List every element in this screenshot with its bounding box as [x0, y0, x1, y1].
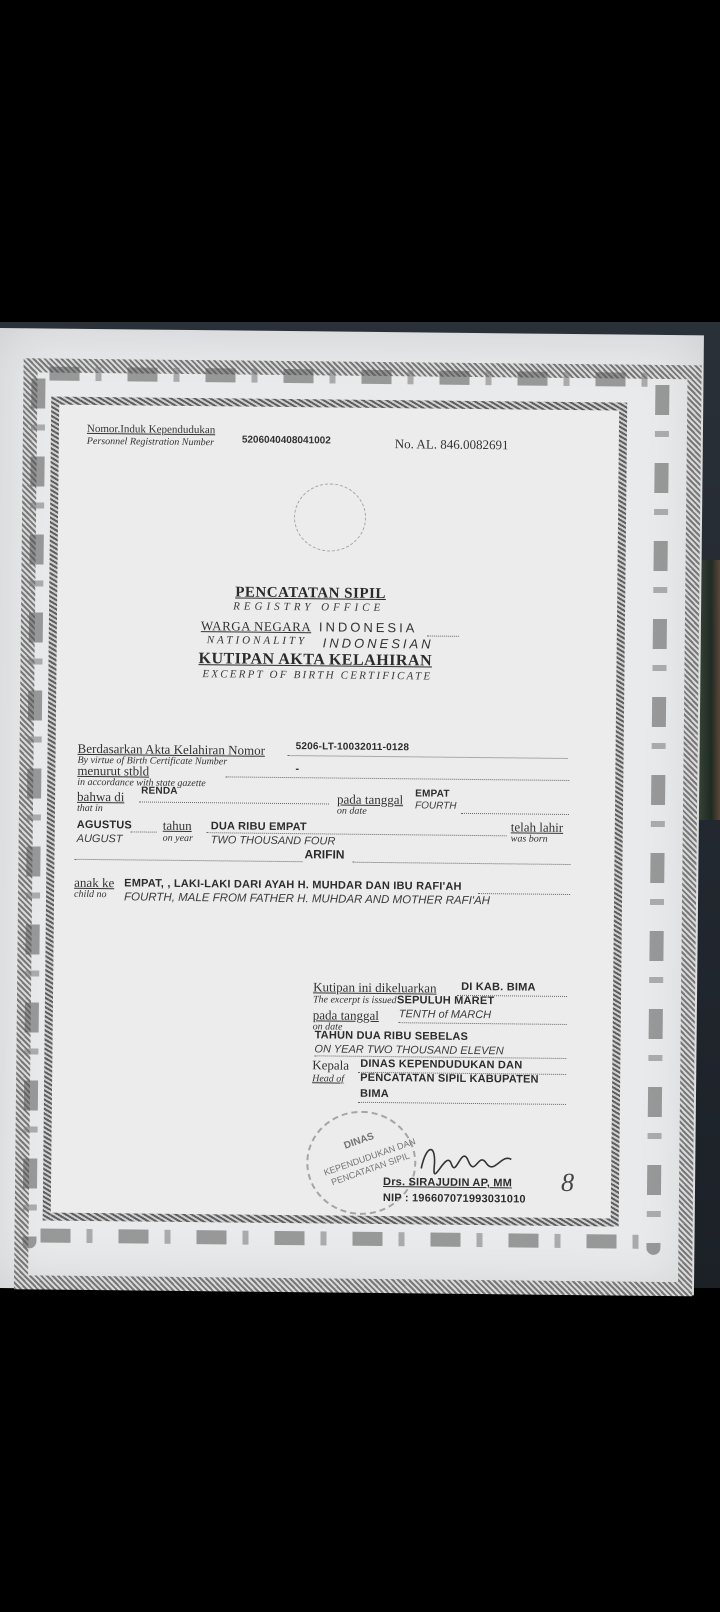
child-no-value-en: FOURTH, MALE FROM FATHER H. MUHDAR AND M…	[124, 891, 490, 907]
issued-place: DI KAB. BIMA	[461, 981, 536, 994]
issued-date-en: TENTH of MARCH	[399, 1008, 491, 1021]
official-nip: NIP : 196607071993031010	[383, 1192, 526, 1205]
month-value: AGUSTUS	[77, 819, 132, 832]
background-object	[698, 560, 720, 820]
stbld-value: -	[295, 763, 299, 775]
document-title-en: EXCERPT OF BIRTH CERTIFICATE	[202, 668, 432, 682]
date-value-en: FOURTH	[415, 800, 457, 811]
head-label-en: Head of	[312, 1073, 344, 1084]
date-label-en: on date	[337, 806, 367, 817]
date-value: EMPAT	[415, 788, 450, 799]
garuda-emblem	[294, 483, 367, 552]
nationality-label: WARGA NEGARA	[201, 618, 312, 635]
nik-label-en: Personnel Registration Number	[87, 436, 214, 448]
signature	[416, 1138, 516, 1181]
child-no-value: EMPAT, , LAKI-LAKI DARI AYAH H. MUHDAR D…	[124, 877, 462, 893]
issued-date: SEPULUH MARET	[397, 994, 494, 1007]
child-name: ARIFIN	[304, 847, 344, 861]
cert-number-value: 5206-LT-10032011-0128	[296, 741, 410, 753]
serial-number: No. AL. 846.0082691	[395, 436, 509, 453]
office-title-en: REGISTRY OFFICE	[233, 600, 384, 614]
year-label: tahun	[163, 818, 192, 834]
certificate-inner-panel: Nomor.Induk Kependudukan Personnel Regis…	[43, 397, 628, 1227]
born-label-en: was born	[511, 833, 548, 844]
head-value-3: BIMA	[360, 1088, 389, 1100]
place-value: RENDA	[141, 786, 178, 797]
year-value-en: TWO THOUSAND FOUR	[211, 834, 336, 847]
margin-mark: 8	[561, 1168, 574, 1198]
head-label: Kepala	[312, 1057, 349, 1073]
nik-label: Nomor.Induk Kependudukan	[87, 423, 215, 436]
head-value-1: DINAS KEPENDUDUKAN DAN	[360, 1058, 522, 1072]
head-value-2: PENCATATAN SIPIL KABUPATEN	[360, 1072, 539, 1086]
place-label-en: that in	[77, 803, 103, 814]
year-value: DUA RIBU EMPAT	[211, 820, 307, 833]
nik-value: 5206040408041002	[242, 435, 331, 447]
child-no-label-en: child no	[74, 889, 107, 900]
nationality-value-en: INDONESIAN	[323, 635, 434, 651]
issued-label-en: The excerpt is issued	[313, 994, 397, 1006]
official-name: Drs. SIRAJUDIN AP, MM	[383, 1176, 512, 1189]
nationality-value: INDONESIA	[319, 619, 418, 635]
nationality-label-en: NATIONALITY	[207, 634, 308, 647]
birth-certificate: Nomor.Induk Kependudukan Personnel Regis…	[0, 328, 704, 1295]
year-label-en: on year	[163, 833, 193, 844]
month-value-en: AUGUST	[77, 833, 123, 845]
issued-year: TAHUN DUA RIBU SEBELAS	[315, 1029, 469, 1043]
